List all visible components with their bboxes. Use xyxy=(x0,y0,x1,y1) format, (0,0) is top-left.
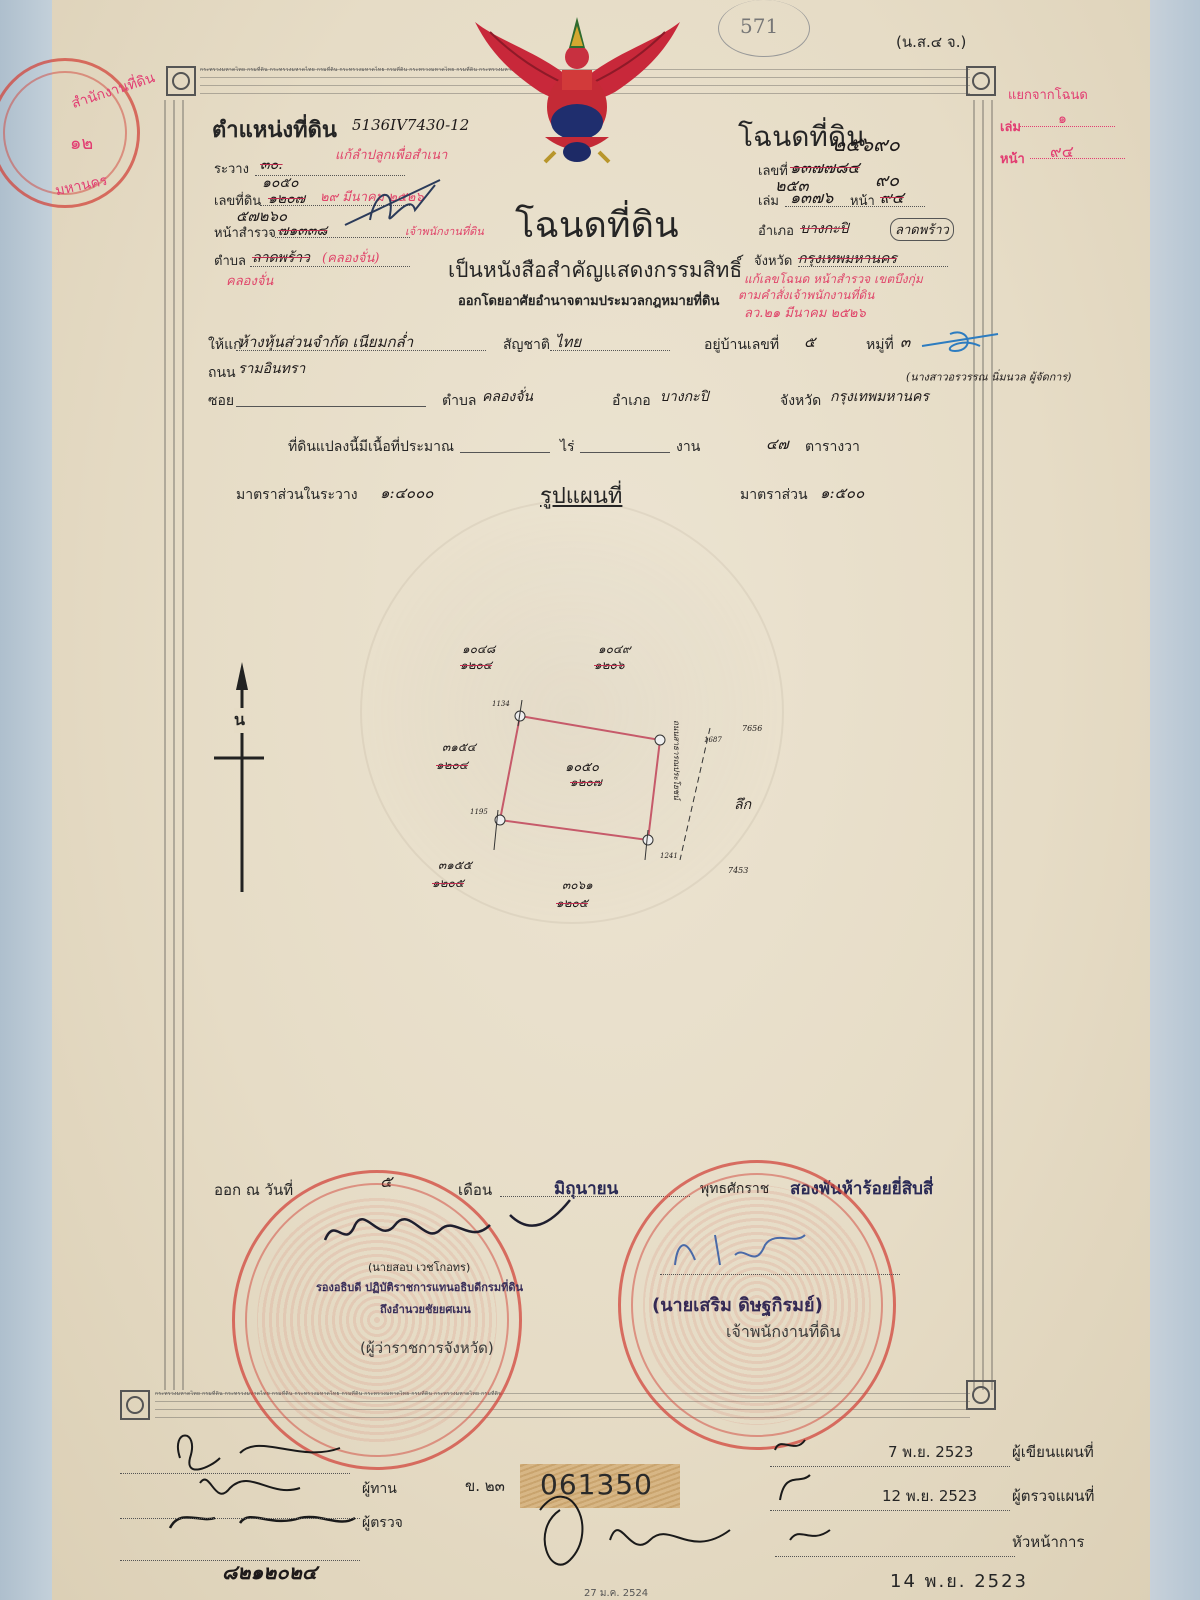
deed-subtitle: เป็นหนังสือสำคัญแสดงกรรมสิทธิ์ xyxy=(448,254,742,287)
border-left xyxy=(161,100,191,1390)
area-label: ที่ดินแปลงนี้มีเนื้อที่ประมาณ xyxy=(288,436,454,458)
serial-signature-icon xyxy=(510,1470,740,1580)
north-label: น xyxy=(234,708,245,733)
survey-page-old: ๗๑๓๓๘ xyxy=(278,220,327,242)
right-signature-icon xyxy=(665,1215,815,1275)
ravang-label: ระวาง xyxy=(214,158,249,179)
owner-tambon: คลองจั่น xyxy=(482,386,533,408)
left-signature-icon xyxy=(320,1195,580,1265)
amphoe-old: บางกะปิ xyxy=(800,218,848,240)
house-no-label: อยู่บ้านเลขที่ xyxy=(704,334,779,356)
book-old: ๑๓๗๖ xyxy=(790,186,833,211)
amphoe-label: อำเภอ xyxy=(758,220,794,241)
neighbor-5-sub: ๑๒๐๕ xyxy=(556,894,588,913)
survey-page-label: หน้าสำรวจ xyxy=(214,222,276,243)
tambon-red: (คลองจั่น) xyxy=(322,247,379,268)
scale: ๑:๕๐๐ xyxy=(820,481,864,505)
marker-2: 1195 xyxy=(470,808,488,816)
right-signer-name: (นายเสริม ดิษฐกิรมย์) xyxy=(652,1290,823,1319)
split-book-label: เล่ม xyxy=(1000,116,1021,137)
house-no: ๕ xyxy=(804,330,815,354)
owner-side-note: (นางสาวอรวรรณ นิ่มนวล ผู้จัดการ) xyxy=(906,369,1071,386)
left-signer-name: (นายสอบ เวชโกอทร) xyxy=(368,1258,470,1276)
split-page-value: ๙๔ xyxy=(1050,140,1074,165)
tambon-red-2: คลองจั่น xyxy=(226,270,273,291)
issued-label: ออก ณ วันที่ xyxy=(214,1178,293,1202)
right-signer-role: เจ้าพนักงานที่ดิน xyxy=(726,1320,841,1345)
owner-amphoe: บางกะปิ xyxy=(660,386,708,408)
red-correction-3: ลว.๒๑ มีนาคม ๒๕๒๖ xyxy=(744,302,866,323)
surveyor-label: ผู้ทาน xyxy=(362,1478,397,1500)
marker-1: 1134 xyxy=(492,700,510,708)
rai-label: ไร่ xyxy=(560,436,575,458)
parcel-survey: ๑๒๐๗ xyxy=(570,773,602,792)
neighbor-4-sub: ๑๒๐๕ xyxy=(432,874,464,893)
left-signer-role: (ผู้ว่าราชการจังหวัด) xyxy=(360,1336,494,1360)
sheet-label: ข. ๒๓ xyxy=(465,1474,505,1498)
final-date: 14 พ.ย. 2523 xyxy=(890,1566,1028,1595)
amphoe-new: ลาดพร้าว xyxy=(890,218,954,241)
nationality-label: สัญชาติ xyxy=(503,334,550,356)
marker-4: 1241 xyxy=(660,852,678,860)
province-label: จังหวัด xyxy=(754,250,792,271)
neighbor-3-no: ๓๑๕๔ xyxy=(442,738,476,757)
book-label: เล่ม xyxy=(758,190,779,211)
blue-initial-scribble-icon xyxy=(920,326,1000,358)
corner-ornament-icon xyxy=(120,1390,150,1420)
left-signer-title-2: ถึงอำนวยชัยยศเมน xyxy=(380,1300,471,1318)
east-marker-2: 7453 xyxy=(728,866,748,875)
garuda-emblem-icon xyxy=(470,12,685,172)
wa-value: ๔๗ xyxy=(766,432,789,456)
footer-row-2-role: ผู้ตรวจแผนที่ xyxy=(1012,1484,1094,1508)
pencil-circle xyxy=(718,0,810,57)
soi-label: ซอย xyxy=(208,390,234,412)
road: รามอินทรา xyxy=(238,358,305,380)
split-from-deed: แยกจากโฉนด xyxy=(1008,84,1088,105)
neighbor-3-sub: ๑๒๐๔ xyxy=(436,756,468,775)
neighbor-4-no: ๓๑๕๕ xyxy=(438,856,472,875)
scale-sheet-label: มาตราส่วนในระวาง xyxy=(236,484,358,506)
handwritten-code: ๘๒๑๒๐๒๔ xyxy=(222,1556,317,1588)
deed-main-title: โฉนดที่ดิน xyxy=(515,196,679,253)
location-code: 5136IV7430-12 xyxy=(352,116,469,134)
moo-label: หมู่ที่ xyxy=(866,334,894,356)
split-page-label: หน้า xyxy=(1000,148,1025,169)
owner-province: กรุงเทพมหานคร xyxy=(830,386,929,408)
page-value: ๙๔ xyxy=(880,186,904,211)
background-right xyxy=(1150,0,1200,1600)
page-label: หน้า xyxy=(850,190,875,211)
ngan-label: งาน xyxy=(676,436,700,458)
owner-province-label: จังหวัด xyxy=(780,390,821,412)
wa-label: ตารางวา xyxy=(805,436,860,458)
left-signer-title: รองอธิบดี ปฏิบัติราชการแทนอธิบดีกรมที่ดิ… xyxy=(316,1278,523,1296)
location-heading: ตำแหน่งที่ดิน xyxy=(212,112,337,147)
owner-amphoe-label: อำเภอ xyxy=(612,390,651,412)
owner-tambon-label: ตำบล xyxy=(442,390,476,412)
issued-under: ออกโดยอาศัยอำนาจตามประมวลกฎหมายที่ดิน xyxy=(458,290,719,311)
footer-row-3-role: หัวหน้าการ xyxy=(1012,1530,1084,1554)
stamp-left-line2: ๑๒ xyxy=(70,128,93,157)
owner-label: ให้แก่ xyxy=(208,334,242,356)
tambon-label: ตำบล xyxy=(214,250,246,271)
signature-scribble-icon xyxy=(340,170,450,235)
marker-3: 1687 xyxy=(704,736,722,744)
scale-label: มาตราส่วน xyxy=(740,484,808,506)
footer-row-1-role: ผู้เขียนแผนที่ xyxy=(1012,1440,1094,1464)
footer-signatures-icon xyxy=(160,1428,460,1548)
east-marker-1: 7656 xyxy=(742,724,762,733)
corner-ornament-icon xyxy=(966,66,996,96)
form-code: (น.ส.๔ จ.) xyxy=(896,30,966,54)
neighbor-2-sub: ๑๒๐๖ xyxy=(594,656,624,675)
road-label: ถนน xyxy=(208,362,236,384)
corner-ornament-icon xyxy=(166,66,196,96)
footer-row-1-date: 7 พ.ย. 2523 xyxy=(888,1440,973,1464)
north-arrow-icon xyxy=(212,662,272,892)
checker-label: ผู้ตรวจ xyxy=(362,1512,403,1534)
east-label: ลึก xyxy=(734,794,751,816)
footer-row-2-date: 12 พ.ย. 2523 xyxy=(882,1484,977,1508)
map-title: รูปแผนที่ xyxy=(540,478,622,513)
corner-ornament-icon xyxy=(966,1380,996,1410)
right-footer-signatures-icon xyxy=(770,1430,890,1560)
location-red-note: แก้ลำปลูกเพื่อสำเนา xyxy=(335,144,447,165)
background-left xyxy=(0,0,52,1600)
road-label-map: ถนนสาธารณประโยชน์ xyxy=(670,720,683,800)
neighbor-5-no: ๓๐๖๑ xyxy=(562,876,593,895)
scale-sheet: ๑:๔๐๐๐ xyxy=(380,481,433,505)
stamp-date: 27 ม.ค. 2524 xyxy=(584,1586,648,1600)
border-right xyxy=(970,100,1000,1390)
moo: ๓ xyxy=(900,330,910,354)
neighbor-1-sub: ๑๒๐๔ xyxy=(460,656,492,675)
